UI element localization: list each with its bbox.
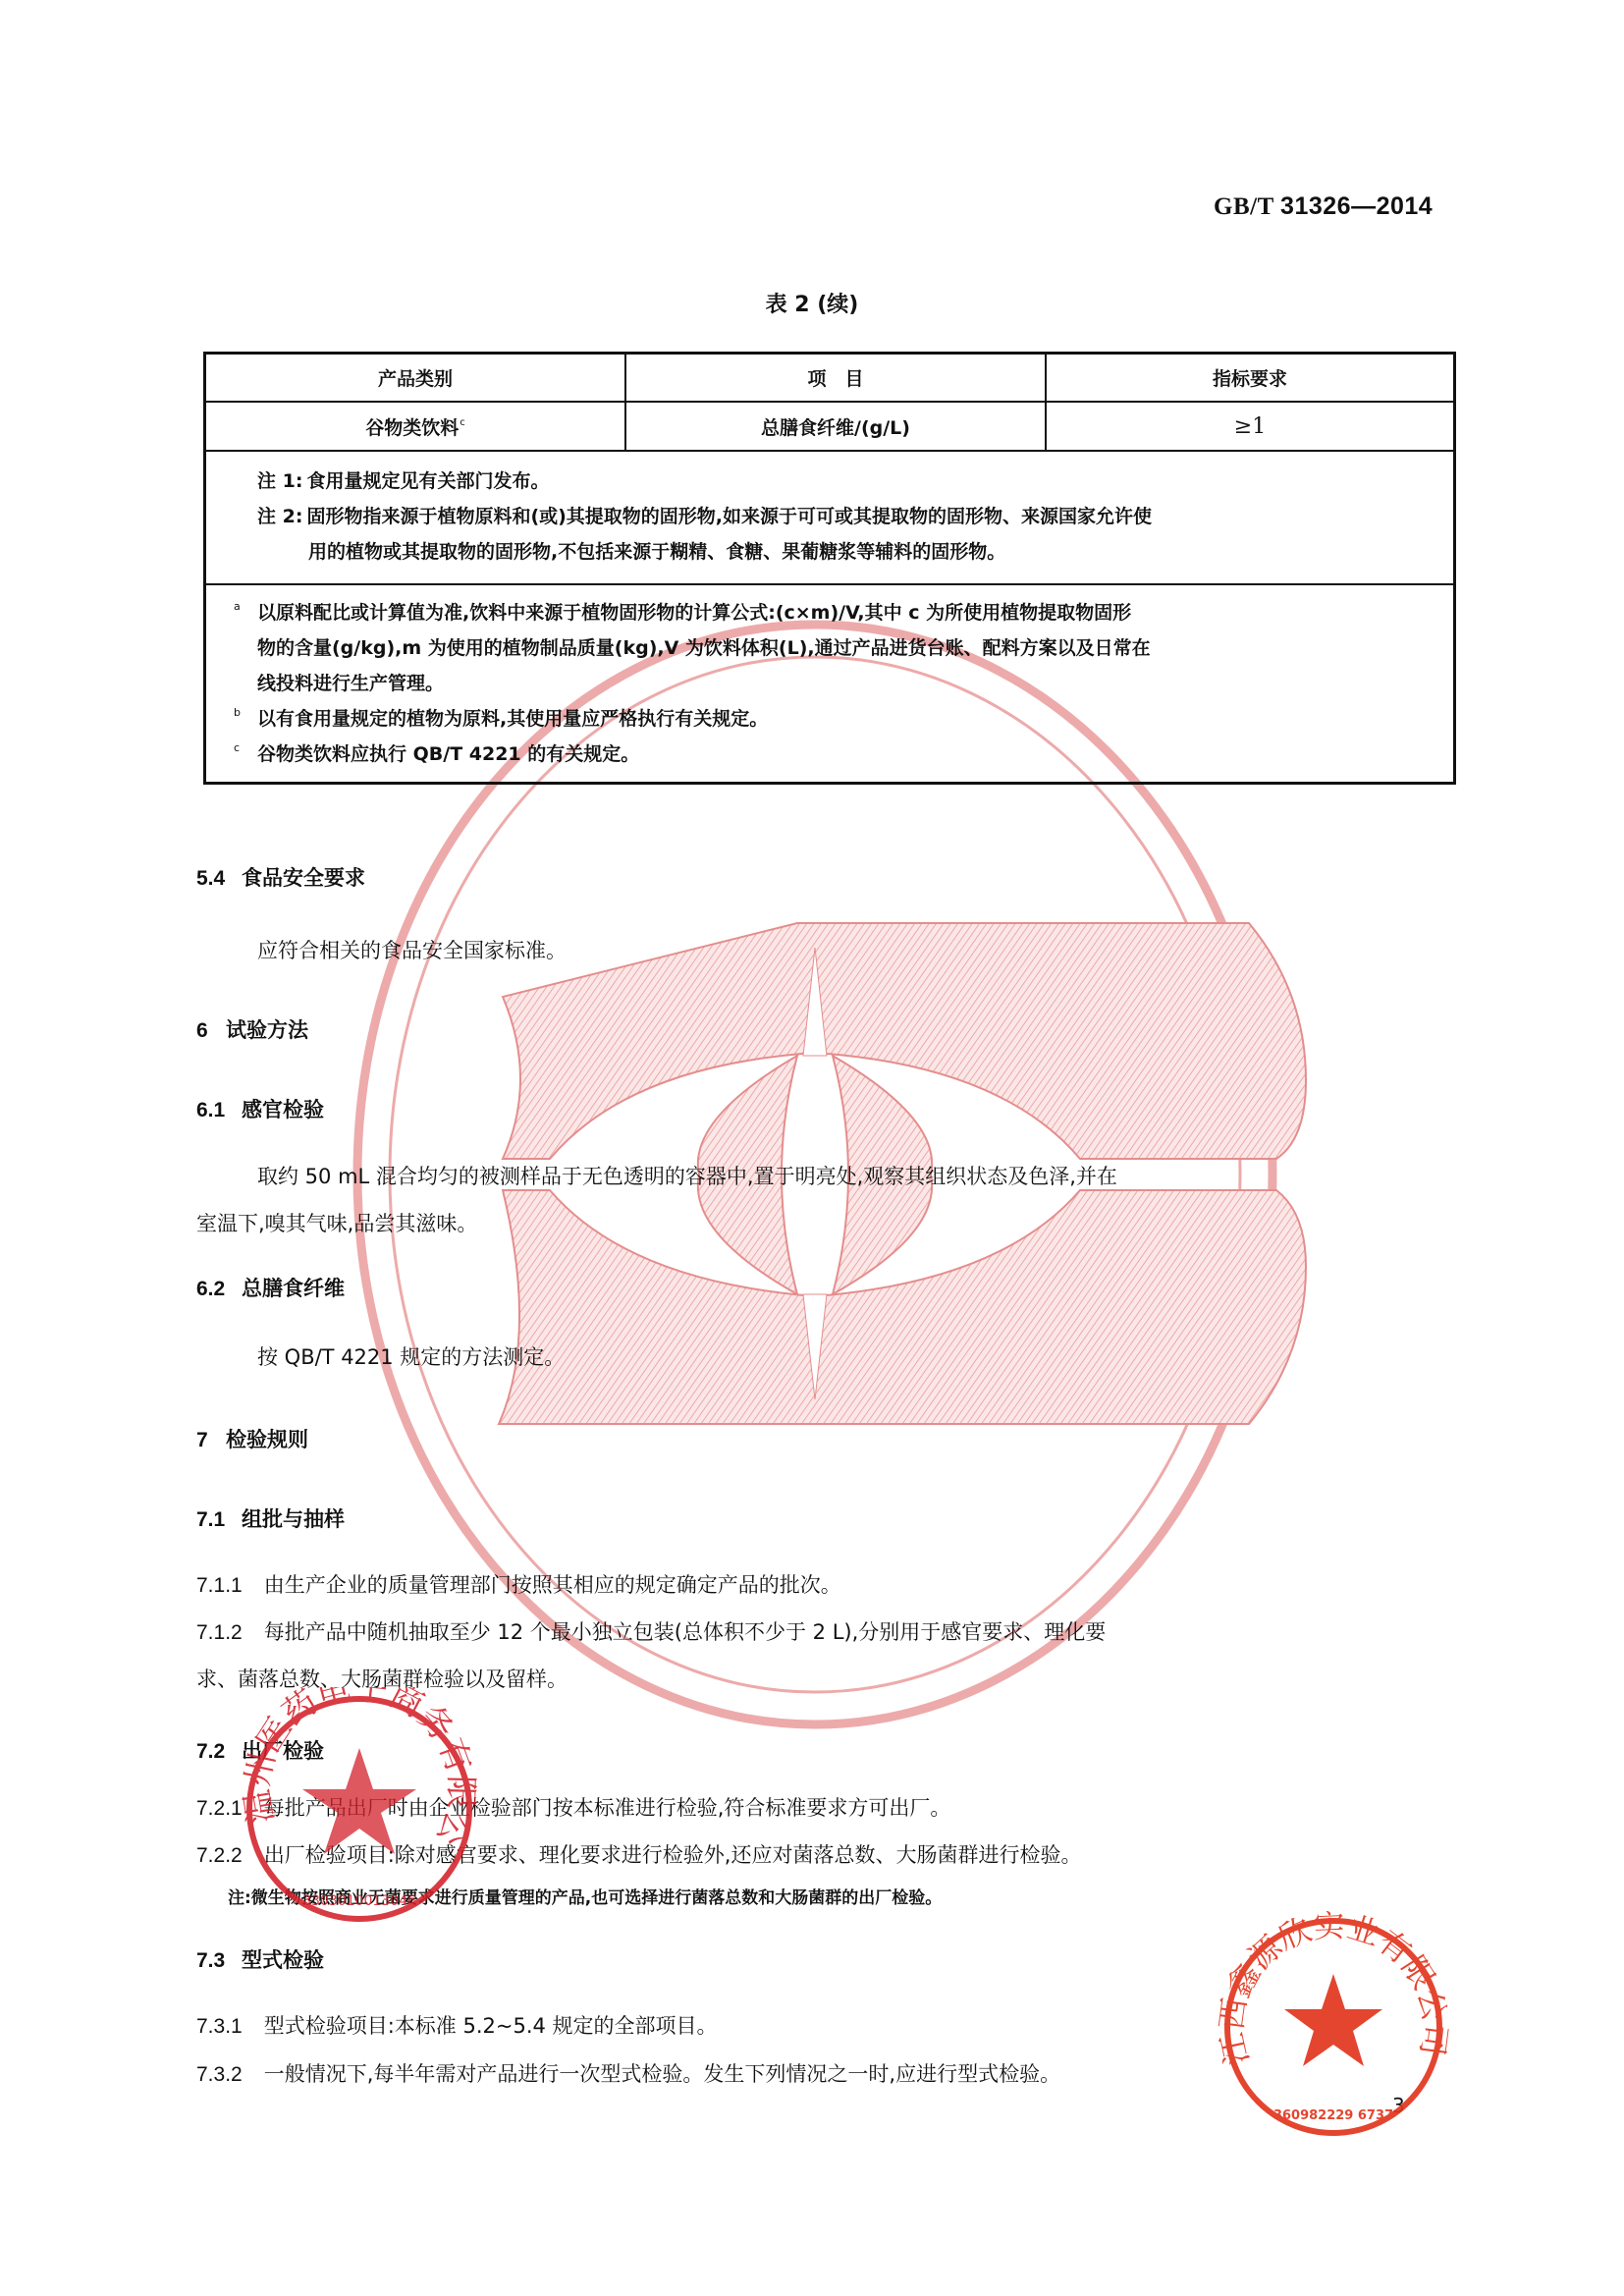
heading-7-1: 7.1组批与抽样 xyxy=(196,1503,345,1533)
footnote-a: a以原料配比或计算值为准,饮料中来源于植物固形物的计算公式:(c×m)/V,其中… xyxy=(257,595,1435,630)
clause-text: 每批产品出厂时由企业检验部门按本标准进行检验,符合标准要求方可出厂。 xyxy=(264,1796,951,1820)
svg-text:江西鑫源欣实业有限公司: 江西鑫源欣实业有限公司 xyxy=(1216,1911,1451,2068)
cell-item: 总膳食纤维/(g/L) xyxy=(626,403,1047,450)
footnote-c: c谷物类饮料应执行 QB/T 4221 的有关规定。 xyxy=(257,737,1435,772)
cell-requirement: ≥1 xyxy=(1047,403,1453,450)
section-title: 出厂检验 xyxy=(242,1739,324,1763)
footnote-b: b以有食用量规定的植物为原料,其使用量应严格执行有关规定。 xyxy=(257,701,1435,737)
table-note-2: 注 2:固形物指来源于植物原料和(或)其提取物的固形物,如来源于可可或其提取物的… xyxy=(257,499,1432,534)
footnote-a-line2: 物的含量(g/kg),m 为使用的植物制品质量(kg),V 为饮料体积(L),通… xyxy=(257,630,1435,666)
section-number: 5.4 xyxy=(196,867,242,891)
footnote-a-line3: 线投料进行生产管理。 xyxy=(257,666,1435,701)
column-header-item: 项 目 xyxy=(626,355,1047,401)
table-row: 谷物类饮料c 总膳食纤维/(g/L) ≥1 xyxy=(206,403,1453,452)
table-note-2-cont: 用的植物或其提取物的固形物,不包括来源于糊精、食糖、果葡糖浆等辅料的固形物。 xyxy=(257,534,1432,570)
section-title: 总膳食纤维 xyxy=(242,1277,345,1300)
section-number: 6.2 xyxy=(196,1278,242,1301)
heading-7: 7检验规则 xyxy=(196,1424,308,1453)
footnote-text: 以有食用量规定的植物为原料,其使用量应严格执行有关规定。 xyxy=(257,708,768,730)
clause-text: 由生产企业的质量管理部门按照其相应的规定确定产品的批次。 xyxy=(264,1573,841,1597)
section-title: 组批与抽样 xyxy=(242,1507,345,1531)
clause-text: 每批产品中随机抽取至少 12 个最小独立包装(总体积不少于 2 L),分别用于感… xyxy=(264,1620,1107,1644)
section-title: 感官检验 xyxy=(242,1098,324,1121)
table-header-row: 产品类别 项 目 指标要求 xyxy=(206,355,1453,403)
clause-number: 7.3.2 xyxy=(196,2063,243,2086)
note-label: 注 2: xyxy=(257,506,302,527)
clause-7-1-1: 7.1.1由生产企业的质量管理部门按照其相应的规定确定产品的批次。 xyxy=(196,1565,841,1606)
section-title: 型式检验 xyxy=(242,1948,324,1972)
note-label: 注 1: xyxy=(257,470,302,492)
clause-number: 7.1.2 xyxy=(196,1621,243,1644)
clause-text: 一般情况下,每半年需对产品进行一次型式检验。发生下列情况之一时,应进行型式检验。 xyxy=(264,2062,1060,2086)
footnote-text: 以原料配比或计算值为准,饮料中来源于植物固形物的计算公式:(c×m)/V,其中 … xyxy=(257,602,1131,624)
heading-5-4: 5.4食品安全要求 xyxy=(196,862,365,892)
heading-6-1: 6.1感官检验 xyxy=(196,1094,324,1123)
clause-number: 7.2.1 xyxy=(196,1797,243,1820)
heading-7-3: 7.3型式检验 xyxy=(196,1944,324,1974)
table-footnotes: a以原料配比或计算值为准,饮料中来源于植物固形物的计算公式:(c×m)/V,其中… xyxy=(206,585,1453,782)
heading-6-2: 6.2总膳食纤维 xyxy=(196,1273,345,1302)
standard-code: GB/T 31326—2014 xyxy=(1214,192,1433,221)
section-number: 6.1 xyxy=(196,1099,242,1122)
note-text: 固形物指来源于植物原料和(或)其提取物的固形物,如来源于可可或其提取物的固形物、… xyxy=(306,506,1152,527)
para-6-1-line2: 室温下,嗅其气味,品尝其滋味。 xyxy=(196,1204,477,1243)
column-header-category: 产品类别 xyxy=(206,355,626,401)
clause-number: 7.3.1 xyxy=(196,2015,243,2038)
section-number: 7 xyxy=(196,1429,226,1452)
clause-7-2-1: 7.2.1每批产品出厂时由企业检验部门按本标准进行检验,符合标准要求方可出厂。 xyxy=(196,1788,950,1829)
section-number: 7.2 xyxy=(196,1740,242,1764)
para-6-1-line1: 取约 50 mL 混合均匀的被测样品于无色透明的容器中,置于明亮处,观察其组织状… xyxy=(257,1157,1117,1196)
clause-7-1-2: 7.1.2每批产品中随机抽取至少 12 个最小独立包装(总体积不少于 2 L),… xyxy=(196,1613,1106,1653)
section-number: 7.3 xyxy=(196,1949,242,1973)
clause-text: 出厂检验项目:除对感官要求、理化要求进行检验外,还应对菌落总数、大肠菌群进行检验… xyxy=(264,1843,1082,1867)
section-title: 食品安全要求 xyxy=(242,866,365,890)
heading-6: 6试验方法 xyxy=(196,1014,308,1044)
section-title: 检验规则 xyxy=(226,1428,308,1451)
standard-code-prefix: GB/T xyxy=(1214,193,1273,220)
section-number: 6 xyxy=(196,1019,226,1043)
company-seal-right: 江西鑫源欣实业有限公司 360982229 6737 xyxy=(1216,1911,1451,2147)
category-text: 谷物类饮料 xyxy=(365,413,459,440)
requirements-table: 产品类别 项 目 指标要求 谷物类饮料c 总膳食纤维/(g/L) ≥1 注 1:… xyxy=(203,352,1456,785)
standard-code-number: 31326—2014 xyxy=(1280,192,1433,220)
column-header-requirement: 指标要求 xyxy=(1047,355,1453,401)
clause-text: 型式检验项目:本标准 5.2~5.4 规定的全部项目。 xyxy=(264,2014,718,2038)
note-text: 食用量规定见有关部门发布。 xyxy=(306,470,549,492)
footnote-mark: b xyxy=(234,695,241,731)
clause-number: 7.2.2 xyxy=(196,1844,243,1867)
cell-category: 谷物类饮料c xyxy=(206,403,626,450)
clause-7-3-2: 7.3.2一般情况下,每半年需对产品进行一次型式检验。发生下列情况之一时,应进行… xyxy=(196,2054,1060,2095)
section-number: 7.1 xyxy=(196,1508,242,1532)
footnote-mark: c xyxy=(460,417,465,428)
note-7-2: 注:微生物按照商业无菌要求进行质量管理的产品,也可选择进行菌落总数和大肠菌群的出… xyxy=(228,1884,942,1908)
footnote-mark: c xyxy=(234,731,240,766)
heading-7-2: 7.2出厂检验 xyxy=(196,1735,324,1765)
section-title: 试验方法 xyxy=(226,1018,308,1042)
para-5-4: 应符合相关的食品安全国家标准。 xyxy=(257,931,567,970)
para-6-2: 按 QB/T 4221 规定的方法测定。 xyxy=(257,1338,565,1377)
clause-7-1-2-line2: 求、菌落总数、大肠菌群检验以及留样。 xyxy=(196,1660,568,1699)
table-note-1: 注 1:食用量规定见有关部门发布。 xyxy=(257,464,1432,499)
table-notes: 注 1:食用量规定见有关部门发布。 注 2:固形物指来源于植物原料和(或)其提取… xyxy=(206,452,1453,585)
clause-7-3-1: 7.3.1型式检验项目:本标准 5.2~5.4 规定的全部项目。 xyxy=(196,2006,718,2047)
table-caption: 表 2 (续) xyxy=(0,288,1624,318)
footnote-mark: a xyxy=(234,589,241,625)
clause-number: 7.1.1 xyxy=(196,1574,243,1597)
footnote-text: 谷物类饮料应执行 QB/T 4221 的有关规定。 xyxy=(257,743,639,765)
svg-text:360982229 6737: 360982229 6737 xyxy=(1273,2108,1393,2123)
page-number: 3 xyxy=(1392,2094,1405,2117)
clause-7-2-2: 7.2.2出厂检验项目:除对感官要求、理化要求进行检验外,还应对菌落总数、大肠菌… xyxy=(196,1835,1081,1876)
star-icon xyxy=(1284,1974,1382,2066)
